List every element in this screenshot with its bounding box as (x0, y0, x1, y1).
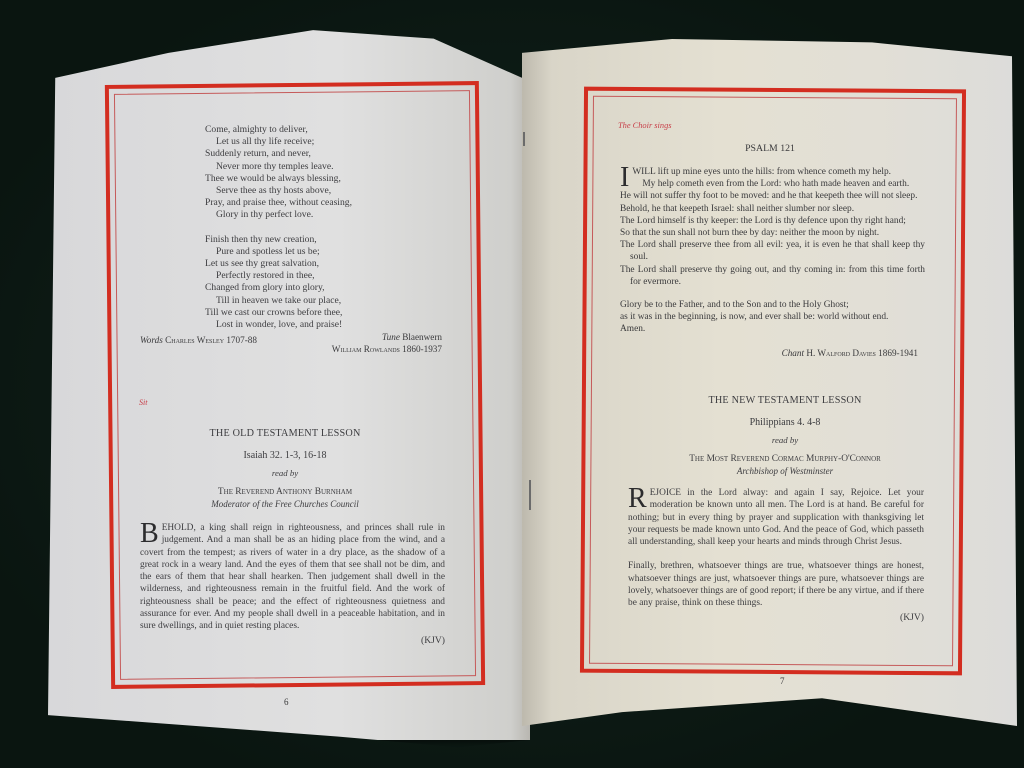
drop-cap: R (628, 488, 647, 510)
version-label: (KJV) (140, 635, 445, 647)
staple-bottom (529, 480, 531, 510)
lesson-reader: The Most Reverend Cormac Murphy-O'Connor (640, 453, 930, 465)
page-number-right: 7 (780, 676, 785, 686)
drop-cap: B (140, 523, 159, 545)
hymn-stanza-1: Come, almighty to deliver, Let us all th… (205, 124, 405, 222)
psalm-title: PSALM 121 (600, 143, 940, 154)
page-number-left: 6 (284, 697, 289, 707)
version-label: (KJV) (628, 612, 924, 624)
hymn-stanza-2: Finish then thy new creation, Pure and s… (205, 234, 405, 332)
lesson-reader-role: Moderator of the Free Churches Council (150, 498, 420, 510)
lesson-reference: Isaiah 32. 1-3, 16-18 (150, 450, 420, 462)
hymn-words-credit: Words Charles Wesley 1707-88 (140, 335, 257, 345)
new-testament-text: REJOICE in the Lord alway: and again I s… (628, 487, 924, 624)
gloria: Glory be to the Father, and to the Son a… (620, 299, 925, 336)
old-testament-heading: THE OLD TESTAMENT LESSON Isaiah 32. 1-3,… (150, 428, 420, 510)
drop-cap: I (620, 167, 629, 189)
new-testament-heading: THE NEW TESTAMENT LESSON Philippians 4. … (640, 395, 930, 477)
staple-top (523, 132, 525, 146)
hymn-tune-credit: Tune Blaenwern William Rowlands 1860-193… (300, 331, 442, 355)
lesson-reference: Philippians 4. 4-8 (640, 417, 930, 429)
rubric-choir-sings: The Choir sings (618, 121, 672, 130)
hymn-text: Come, almighty to deliver, Let us all th… (205, 124, 405, 343)
lesson-reader-role: Archbishop of Westminster (640, 465, 930, 477)
rubric-sit: Sit (139, 398, 147, 407)
old-testament-text: BEHOLD, a king shall reign in righteousn… (140, 522, 445, 647)
lesson-reader: The Reverend Anthony Burnham (150, 486, 420, 498)
psalm-text: IWILL lift up mine eyes unto the hills: … (620, 166, 925, 336)
chant-credit: Chant H. Walford Davies 1869-1941 (700, 348, 918, 358)
lesson-title: THE NEW TESTAMENT LESSON (640, 395, 930, 407)
lesson-title: THE OLD TESTAMENT LESSON (150, 428, 420, 440)
